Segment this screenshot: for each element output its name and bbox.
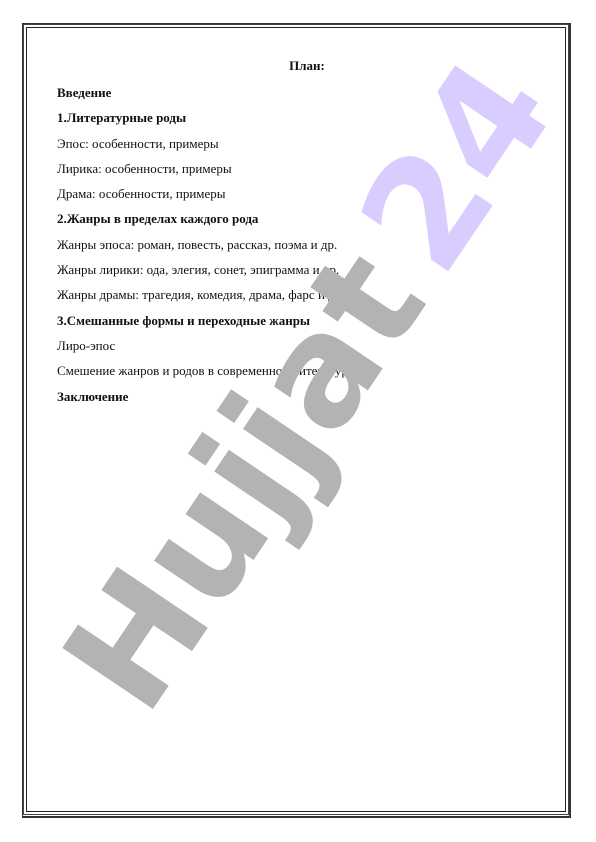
outline-heading-literary-kinds: 1.Литературные роды [57,108,537,133]
outline-item-drama: Драма: особенности, примеры [57,184,537,209]
outline-heading-mixed-forms: 3.Смешанные формы и переходные жанры [57,311,537,336]
document-body: План: Введение 1.Литературные роды Эпос:… [57,56,537,412]
outline-item-epic-genres: Жанры эпоса: роман, повесть, рассказ, по… [57,235,537,260]
outline-item-lyric-genres: Жанры лирики: ода, элегия, сонет, эпигра… [57,260,537,285]
outline-item-lyric: Лирика: особенности, примеры [57,159,537,184]
outline-item-lyro-epic: Лиро-эпос [57,336,537,361]
outline-heading-conclusion: Заключение [57,387,537,412]
outline-heading-genres: 2.Жанры в пределах каждого рода [57,209,537,234]
outline-item-drama-genres: Жанры драмы: трагедия, комедия, драма, ф… [57,285,537,310]
outline-item-genre-mixing: Смешение жанров и родов в современной ли… [57,361,537,386]
outline-heading-introduction: Введение [57,83,537,108]
outline-item-epic: Эпос: особенности, примеры [57,134,537,159]
page-title: План: [77,56,537,83]
